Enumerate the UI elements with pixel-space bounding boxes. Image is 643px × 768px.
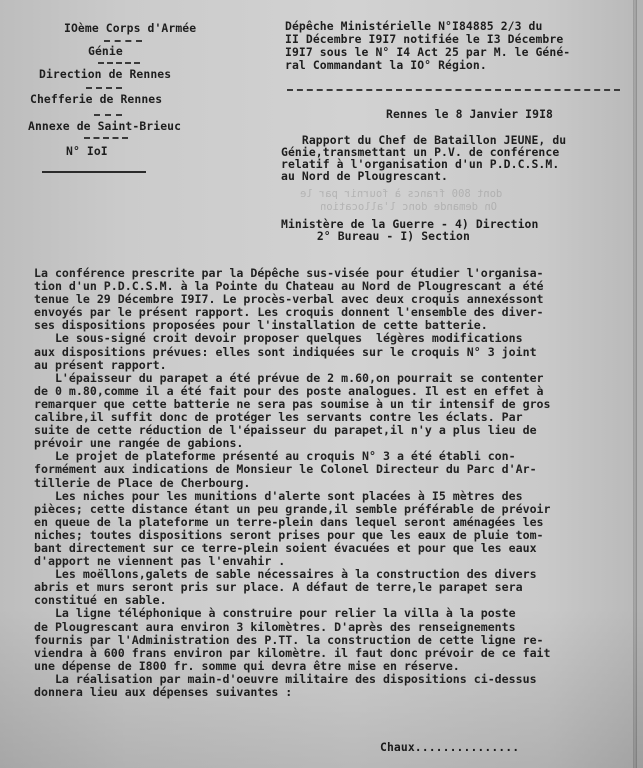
paragraph: La réalisation par main-d'oeuvre militai…	[34, 673, 640, 699]
chefferie-label: Chefferie de Rennes	[30, 93, 162, 106]
paragraph-line: viendra à 600 frans environ par kilomètr…	[34, 647, 640, 660]
paragraph-line: aux dispositions prévues: elles sont ind…	[34, 346, 640, 359]
divider	[98, 62, 140, 64]
page-edge	[637, 0, 643, 768]
underline-rule	[42, 171, 146, 173]
paragraph-line: tillerie de Place de Cherbourg.	[34, 477, 640, 490]
paragraph-line: pièces; cette distance étant un peu gran…	[34, 503, 640, 516]
paragraph-line: au présent rapport.	[34, 359, 640, 372]
paragraph: L'épaisseur du parapet a été prévue de 2…	[34, 372, 640, 451]
paragraph-line: Les niches pour les munitions d'alerte s…	[34, 490, 640, 503]
body-text: La conférence prescrite par la Dépêche s…	[34, 267, 640, 699]
paragraph-line: La ligne téléphonique à construire pour …	[34, 607, 640, 620]
paragraph-line: de 0 m.80,comme il a été fait pour des p…	[34, 385, 640, 398]
divider	[84, 137, 128, 139]
paragraph-line: donnera lieu aux dépenses suivantes :	[34, 686, 640, 699]
paragraph: Le projet de plateforme présenté au croq…	[34, 450, 640, 489]
genie-label: Génie	[88, 45, 123, 58]
bleed-through-text: dont 800 francs à fournir par le	[300, 188, 502, 200]
expense-item-chaux: Chaux...............	[380, 741, 519, 754]
divider	[287, 89, 620, 91]
paragraph: Les niches pour les munitions d'alerte s…	[34, 490, 640, 569]
paragraph-line: formément aux indications de Monsieur le…	[34, 463, 640, 476]
rapport-line: au Nord de Plougrescant.	[281, 170, 448, 183]
document-page: dont 800 francs à fournir par le On dema…	[0, 0, 643, 768]
paragraph-line: Le sous-signé croit devoir proposer quel…	[34, 332, 640, 345]
divider	[104, 40, 142, 42]
paragraph: Les moëllons,galets de sable nécessaires…	[34, 568, 640, 607]
paragraph-line: en queue de la plateforme un terre-plein…	[34, 516, 640, 529]
paragraph-line: fournis par l'Administration des P.TT. l…	[34, 634, 640, 647]
divider	[94, 114, 122, 116]
paragraph: La ligne téléphonique à construire pour …	[34, 607, 640, 672]
paragraph: Le sous-signé croit devoir proposer quel…	[34, 332, 640, 371]
corps-label: IOème Corps d'Armée	[64, 22, 196, 35]
direction-label: Direction de Rennes	[39, 68, 171, 81]
paragraph-line: niches; toutes dispositions seront prise…	[34, 529, 640, 542]
paragraph-line: de Plougrescant aura environ 3 kilomètre…	[34, 621, 640, 634]
place-date: Rennes le 8 Janvier I9I8	[386, 108, 553, 121]
paragraph-line: une dépense de I800 fr. somme qui devra …	[34, 660, 640, 673]
bleed-through-text: On demande donc l'allocation	[320, 201, 497, 213]
document-number: N° IoI	[66, 145, 108, 158]
divider	[86, 87, 122, 89]
annexe-label: Annexe de Saint-Brieuc	[28, 120, 181, 133]
paragraph-line: L'épaisseur du parapet a été prévue de 2…	[34, 372, 640, 385]
paragraph: La conférence prescrite par la Dépêche s…	[34, 267, 640, 332]
depeche-line: ral Commandant la IO° Région.	[285, 59, 487, 72]
ministere-line: 2° Bureau - I) Section	[289, 230, 470, 243]
